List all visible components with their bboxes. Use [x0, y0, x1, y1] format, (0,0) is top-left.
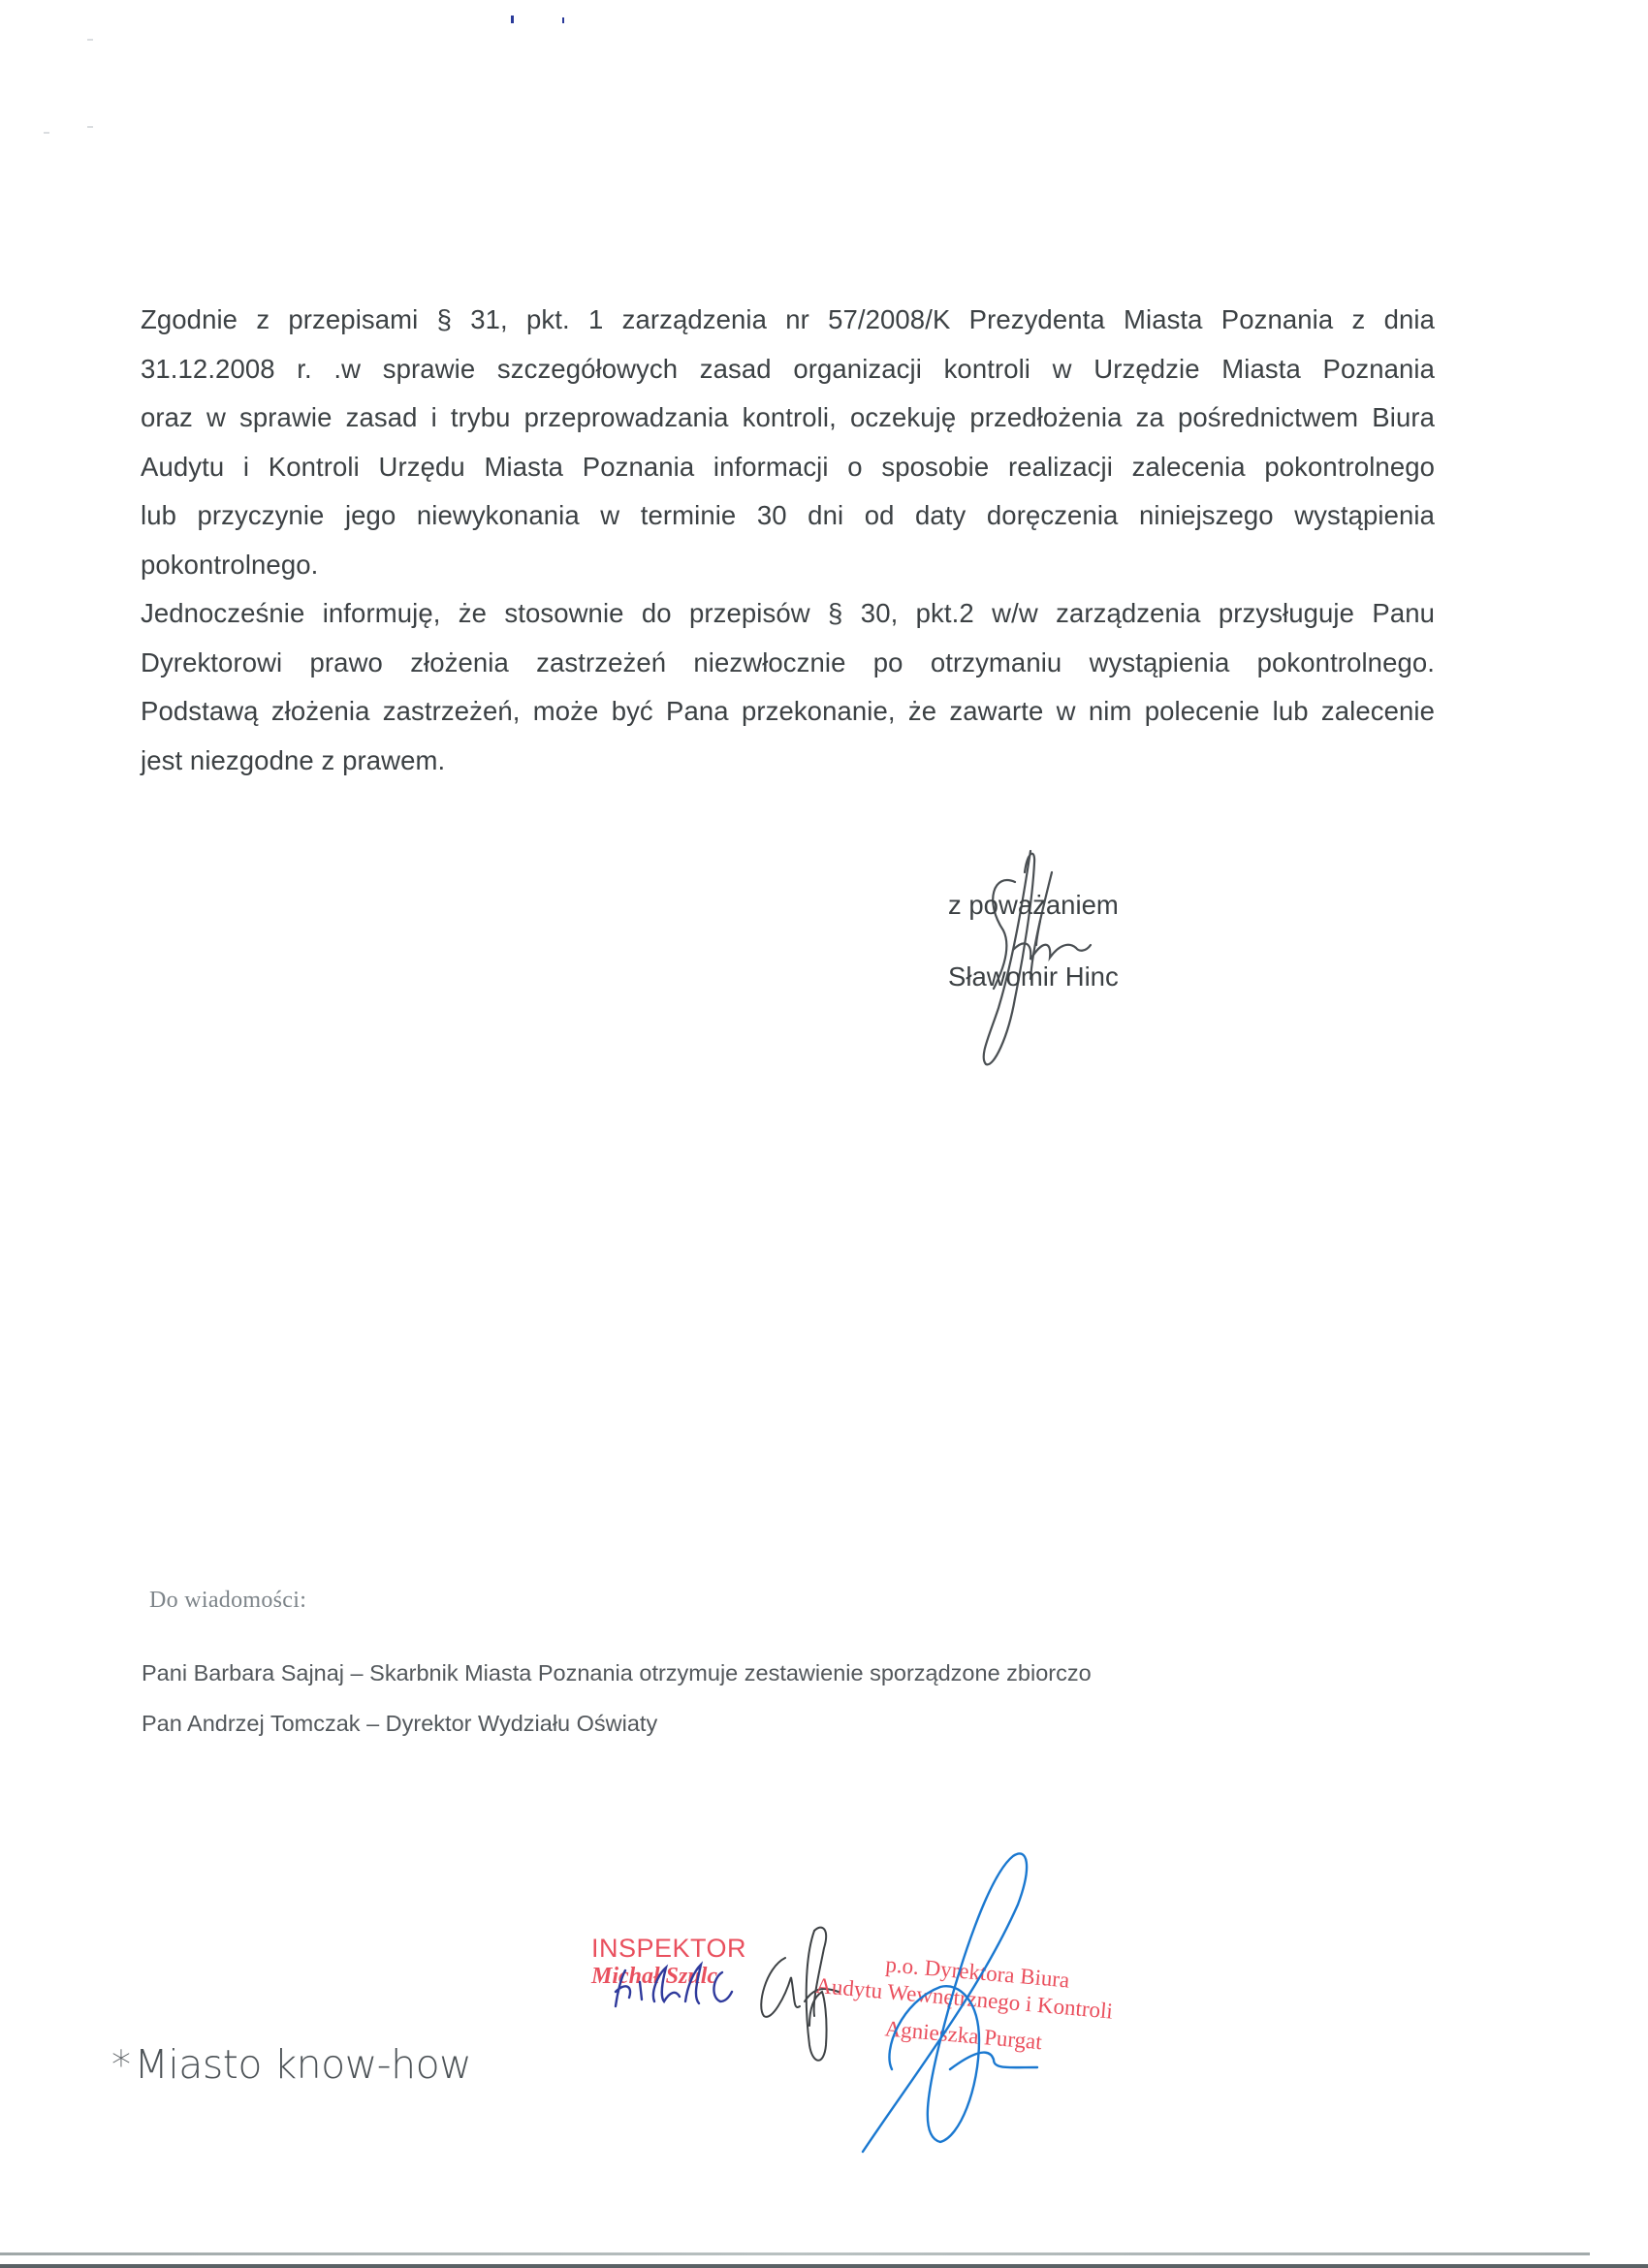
asterisk-icon: *: [111, 2043, 131, 2088]
paragraph-1: Zgodnie z przepisami § 31, pkt. 1 zarząd…: [141, 296, 1435, 589]
text-line: pokontrolnego.: [141, 541, 1435, 590]
text-line: 31.12.2008 r. .w sprawie szczegółowych z…: [141, 345, 1435, 394]
letter-body: Zgodnie z przepisami § 31, pkt. 1 zarząd…: [141, 296, 1435, 785]
text-line: Podstawą złożenia zastrzeżeń, może być P…: [141, 687, 1435, 737]
signatory-name: Sławomir Hinc: [948, 961, 1119, 992]
scan-edge: [0, 2264, 1648, 2268]
scan-artifact: [87, 39, 93, 41]
text-line: Jednocześnie informuję, że stosownie do …: [141, 589, 1435, 639]
scan-edge: [0, 2252, 1590, 2255]
text-line: Audytu i Kontroli Urzędu Miasta Poznania…: [141, 443, 1435, 492]
scan-artifact: [562, 17, 564, 23]
scan-artifact: [511, 16, 514, 23]
cc-header: Do wiadomości:: [149, 1588, 1092, 1614]
logo-text: Miasto know-how: [135, 2041, 472, 2088]
signature-szulc-icon: [586, 1953, 771, 2031]
cc-block: Do wiadomości: Pani Barbara Sajnaj – Ska…: [142, 1588, 1092, 1737]
scan-artifact: [44, 132, 49, 134]
paragraph-2: Jednocześnie informuję, że stosownie do …: [141, 589, 1435, 785]
document-page: Zgodnie z przepisami § 31, pkt. 1 zarząd…: [0, 0, 1648, 2268]
closing-block: z poważaniem Sławomir Hinc: [948, 890, 1119, 992]
closing-salutation: z poważaniem: [948, 890, 1119, 920]
cc-recipient: Pani Barbara Sajnaj – Skarbnik Miasta Po…: [142, 1660, 1092, 1686]
signature-blue-icon: [834, 1846, 1066, 2157]
text-line: lub przyczynie jego niewykonania w termi…: [141, 491, 1435, 541]
text-line: Dyrektorowi prawo złożenia zastrzeżeń ni…: [141, 639, 1435, 688]
city-logo: *Miasto know-how: [111, 2041, 471, 2088]
text-line: oraz w sprawie zasad i trybu przeprowadz…: [141, 394, 1435, 443]
text-line: Zgodnie z przepisami § 31, pkt. 1 zarząd…: [141, 296, 1435, 345]
scan-artifact: [87, 126, 93, 128]
cc-recipient: Pan Andrzej Tomczak – Dyrektor Wydziału …: [142, 1711, 1092, 1737]
text-line: jest niezgodne z prawem.: [141, 737, 1435, 786]
